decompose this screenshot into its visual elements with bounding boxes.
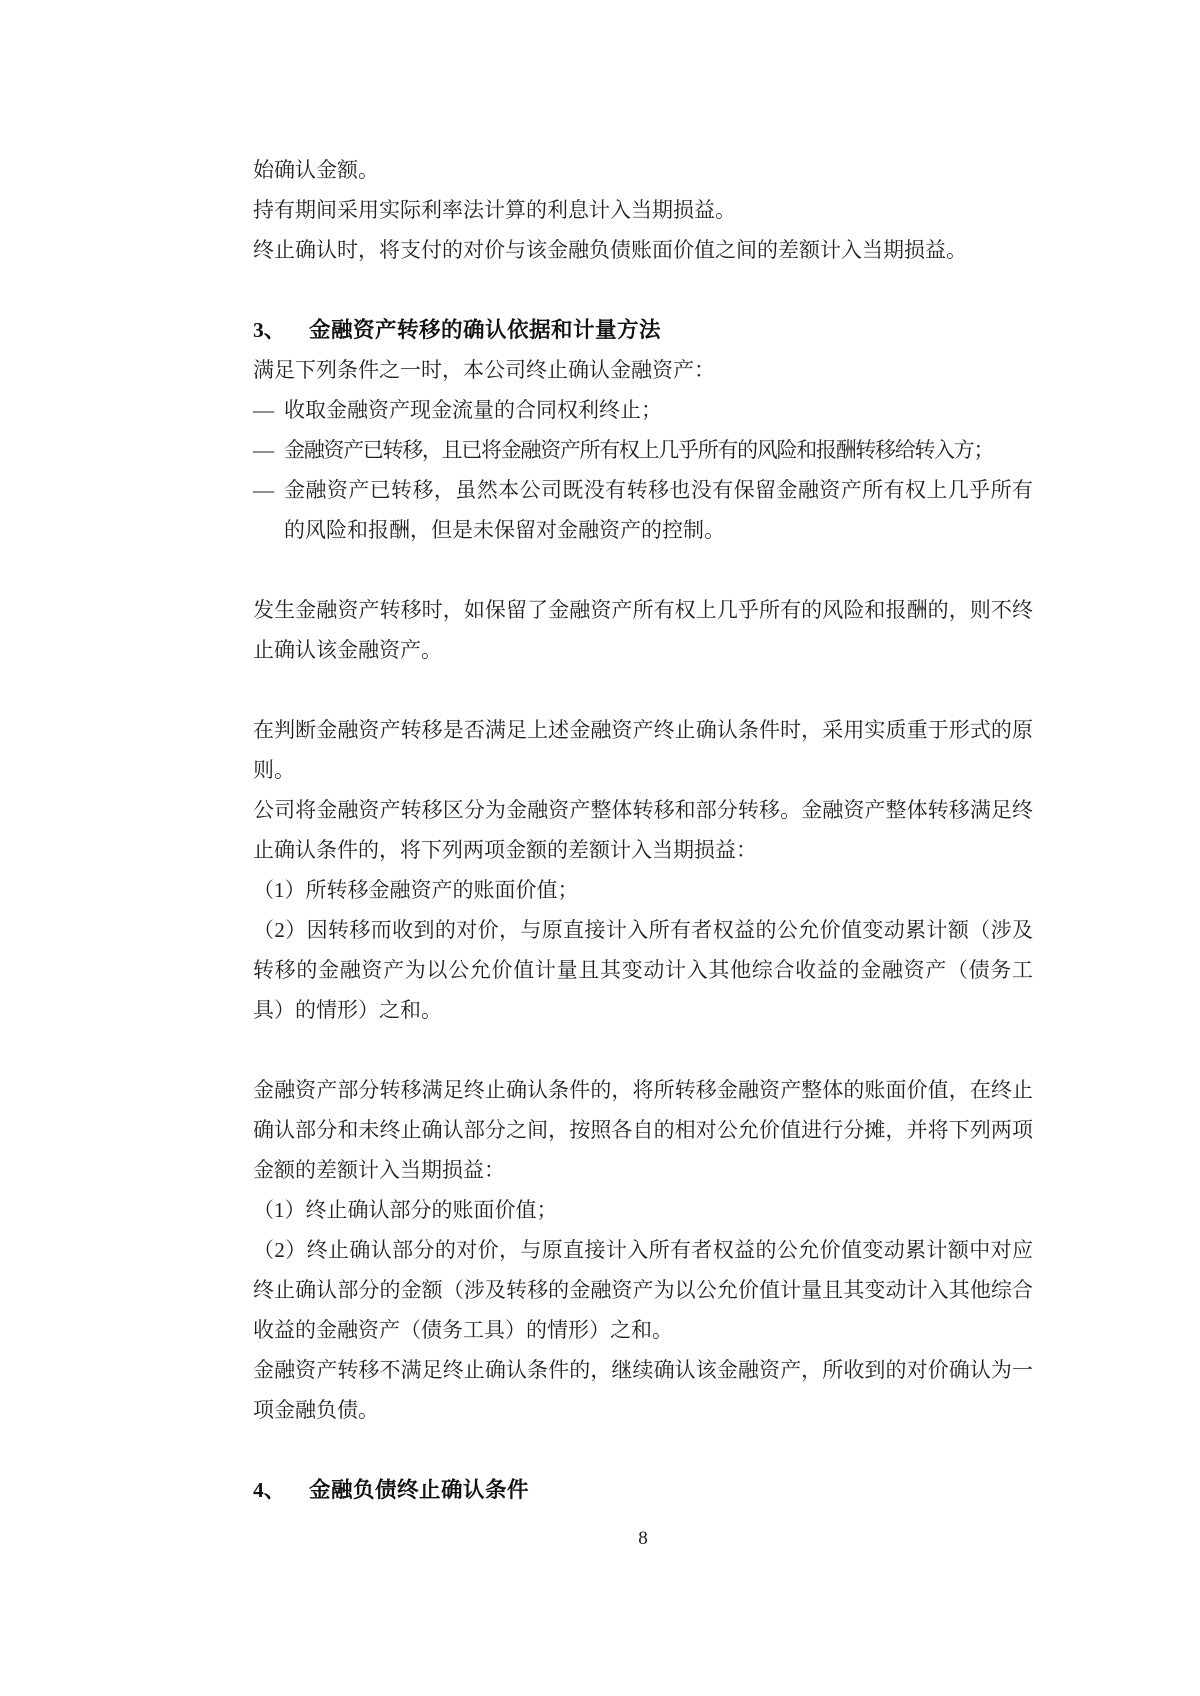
section-title: 金融资产转移的确认依据和计量方法 (309, 310, 1033, 350)
bullet-item: — 金融资产已转移，虽然本公司既没有转移也没有保留金融资产所有权上几乎所有的风险… (253, 470, 1033, 550)
body-paragraph: 持有期间采用实际利率法计算的利息计入当期损益。 (253, 190, 1033, 230)
body-paragraph: 发生金融资产转移时，如保留了金融资产所有权上几乎所有的风险和报酬的，则不终止确认… (253, 590, 1033, 670)
body-paragraph: 在判断金融资产转移是否满足上述金融资产终止确认条件时，采用实质重于形式的原则。 (253, 710, 1033, 790)
body-paragraph: 终止确认时，将支付的对价与该金融负债账面价值之间的差额计入当期损益。 (253, 230, 1033, 270)
body-paragraph: 满足下列条件之一时，本公司终止确认金融资产： (253, 350, 1033, 390)
list-item-paragraph: （1）所转移金融资产的账面价值； (253, 870, 1033, 910)
bullet-text: 金融资产已转移，虽然本公司既没有转移也没有保留金融资产所有权上几乎所有的风险和报… (284, 470, 1033, 550)
section-number: 4、 (253, 1470, 309, 1510)
body-paragraph: 始确认金额。 (253, 150, 1033, 190)
bullet-item: — 金融资产已转移，且已将金融资产所有权上几乎所有的风险和报酬转移给转入方； (253, 430, 1033, 470)
list-item-paragraph: （2）终止确认部分的对价，与原直接计入所有者权益的公允价值变动累计额中对应终止确… (253, 1230, 1033, 1350)
dash-bullet-marker: — (253, 390, 284, 430)
bullet-text: 金融资产已转移，且已将金融资产所有权上几乎所有的风险和报酬转移给转入方； (284, 430, 1033, 470)
document-body: 始确认金额。 持有期间采用实际利率法计算的利息计入当期损益。 终止确认时，将支付… (253, 150, 1033, 1510)
body-paragraph: 金融资产部分转移满足终止确认条件的，将所转移金融资产整体的账面价值，在终止确认部… (253, 1070, 1033, 1190)
body-paragraph: 金融资产转移不满足终止确认条件的，继续确认该金融资产，所收到的对价确认为一项金融… (253, 1350, 1033, 1430)
list-item-paragraph: （2）因转移而收到的对价，与原直接计入所有者权益的公允价值变动累计额（涉及转移的… (253, 910, 1033, 1030)
section-heading-4: 4、 金融负债终止确认条件 (253, 1470, 1033, 1510)
document-page: 始确认金额。 持有期间采用实际利率法计算的利息计入当期损益。 终止确认时，将支付… (0, 0, 1200, 1696)
section-title: 金融负债终止确认条件 (309, 1470, 1033, 1510)
list-item-paragraph: （1）终止确认部分的账面价值； (253, 1190, 1033, 1230)
section-heading-3: 3、 金融资产转移的确认依据和计量方法 (253, 310, 1033, 350)
section-number: 3、 (253, 310, 309, 350)
body-paragraph: 公司将金融资产转移区分为金融资产整体转移和部分转移。金融资产整体转移满足终止确认… (253, 790, 1033, 870)
dash-bullet-marker: — (253, 430, 284, 470)
page-number: 8 (253, 1528, 1033, 1550)
dash-bullet-marker: — (253, 470, 284, 550)
bullet-text: 收取金融资产现金流量的合同权利终止； (284, 390, 1033, 430)
bullet-item: — 收取金融资产现金流量的合同权利终止； (253, 390, 1033, 430)
